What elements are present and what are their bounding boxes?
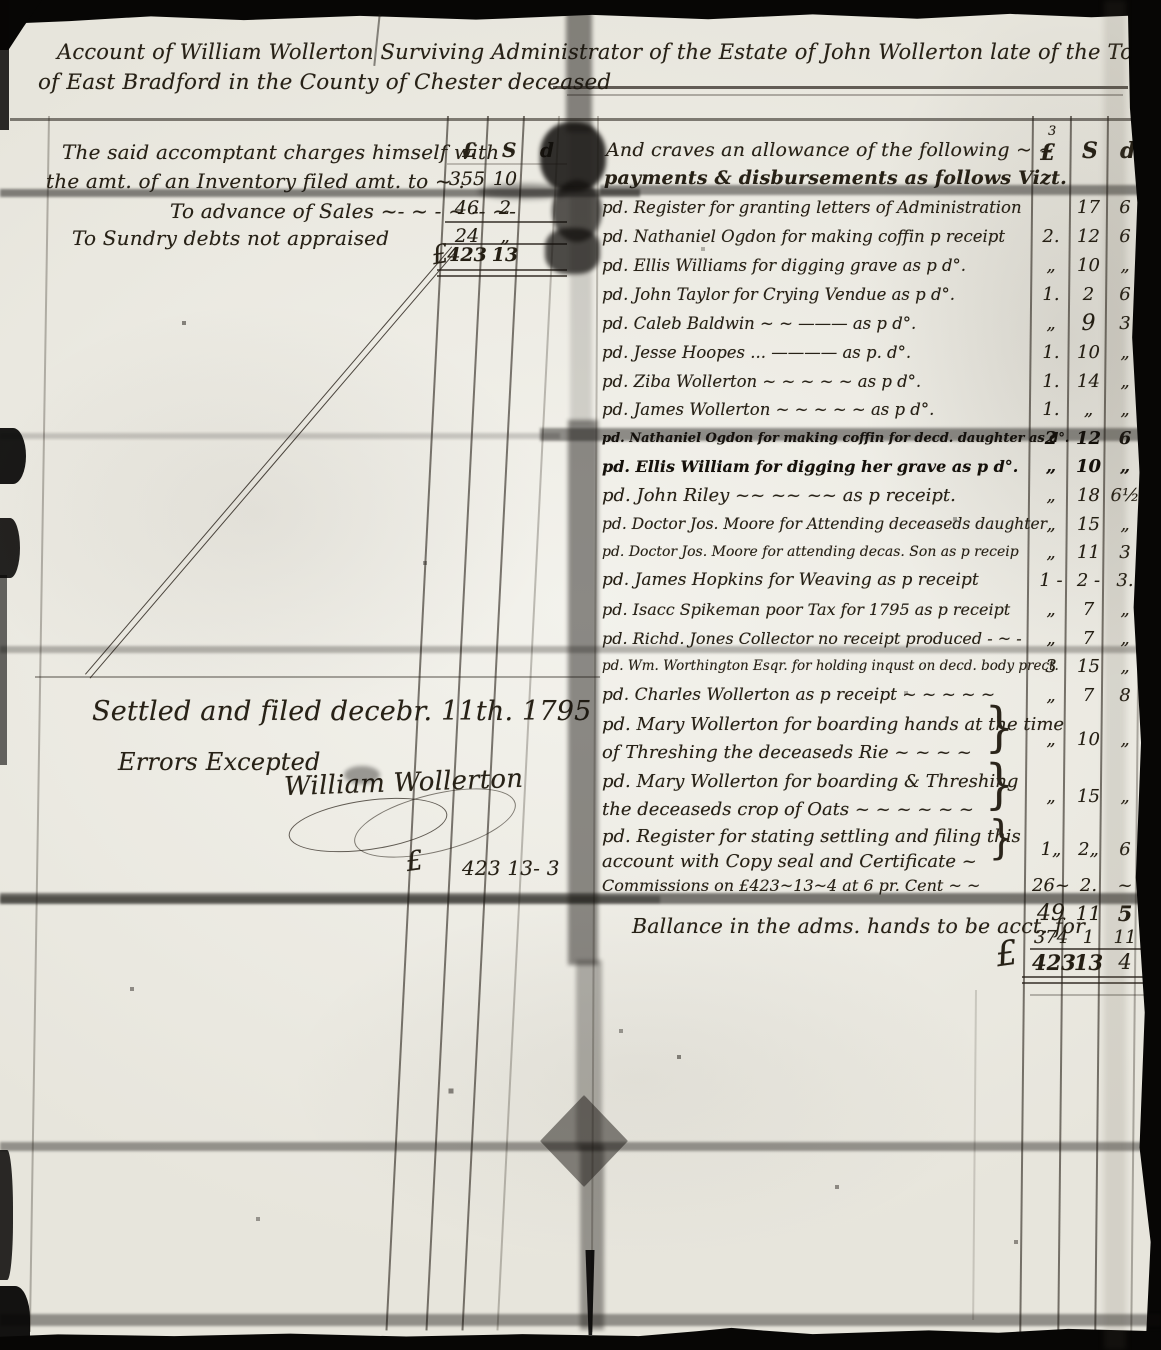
horizontal-crease <box>600 185 1161 195</box>
pounds-value: 3 <box>1032 656 1070 677</box>
entry-text: pd. James Wollerton ~ ~ ~ ~ ~ as p d°. <box>602 400 1032 419</box>
edge-shading <box>1104 0 1126 1350</box>
entry-text: Commissions on £423~13~4 at 6 pr. Cent ~… <box>602 876 1032 895</box>
charges-sundry-label: To Sundry debts not appraised <box>72 226 389 250</box>
allowance-row-14: pd. James Hopkins for Weaving as p recei… <box>602 566 1143 594</box>
settlement-total-amount: 423 13- 3 <box>462 856 560 880</box>
shillings-value: 15 <box>1070 656 1107 677</box>
totals-bottom-rule <box>1030 994 1161 996</box>
balance-label: Ballance in the adms. hands to be acct. … <box>632 914 1085 938</box>
shillings-value: 13 <box>1070 950 1107 975</box>
settled-line: Settled and filed decebr. 11th. 1795 <box>92 696 592 727</box>
pounds-value: 1. <box>1032 371 1070 392</box>
shillings-value: 1 <box>1070 927 1107 948</box>
entry-text: pd. Ellis William for digging her grave … <box>602 457 1032 476</box>
pounds-value: „ <box>1032 599 1070 620</box>
ink-spot <box>344 766 380 784</box>
grand-total-underline-1 <box>1022 976 1161 978</box>
charges-advance-amount: 46 2 <box>447 197 558 219</box>
entry-text-line2: account with Copy seal and Certificate ~ <box>602 851 977 872</box>
pounds-value: 2. <box>1032 226 1070 247</box>
pounds-value: 1. <box>1032 342 1070 363</box>
document-title-line2: of East Bradford in the County of Cheste… <box>38 70 611 95</box>
entry-text: pd. Richd. Jones Collector no receipt pr… <box>602 629 1032 648</box>
scan-edge-mark <box>0 0 9 130</box>
scan-border-shadow <box>0 1314 1161 1326</box>
horizontal-crease <box>0 646 1161 653</box>
shillings-value: 9 <box>1070 311 1107 336</box>
vertical-fold-crease <box>570 125 592 425</box>
entry-text: pd. Doctor Jos. Moore for attending deca… <box>602 544 1032 560</box>
allowance-row-11: pd. John Riley ~~ ~~ ~~ as p receipt. „ … <box>602 481 1143 509</box>
allowance-row-15: pd. Isacc Spikeman poor Tax for 1795 as … <box>602 595 1143 623</box>
allowance-row-5: pd. Caleb Baldwin ~ ~ ——— as p d°. „ 9 3 <box>602 309 1143 337</box>
scanned-estate-account-document: Account of William Wollerton Surviving A… <box>0 0 1161 1350</box>
vertical-fold-crease <box>568 420 598 965</box>
shillings-value: 10 <box>1070 729 1107 750</box>
pounds-value: 374 <box>1032 927 1070 948</box>
header-underline <box>553 86 1128 89</box>
charges-total-underline-1 <box>437 269 567 271</box>
allowance-row-2: pd. Nathaniel Ogdon for making coffin p … <box>602 222 1143 250</box>
shillings-value: 18 <box>1070 485 1107 506</box>
brace-glyph: } <box>985 768 1014 800</box>
entry-text-line2: the deceaseds crop of Oats ~ ~ ~ ~ ~ ~ <box>602 799 974 820</box>
pounds-value: „ <box>1032 485 1070 506</box>
grand-total-underline-2 <box>1022 982 1161 984</box>
allowance-row-8: pd. James Wollerton ~ ~ ~ ~ ~ as p d°. 1… <box>602 395 1143 423</box>
allowance-row-21: pd. Register for stating settling and fi… <box>602 824 1143 874</box>
entry-text: pd. Mary Wollerton for boarding hands at… <box>602 711 1032 767</box>
allowances-pounds-header: £ <box>1040 140 1056 166</box>
entry-text-line2: of Threshing the deceaseds Rie ~ ~ ~ ~ <box>602 742 972 763</box>
pounds-value: „ <box>1032 514 1070 535</box>
pounds-value: 423 <box>1032 950 1070 975</box>
vertical-fold-crease <box>566 0 592 132</box>
allowance-row-4: pd. John Taylor for Crying Vendue as p d… <box>602 280 1143 308</box>
shillings-value: „ <box>1070 399 1107 420</box>
pounds-value: „ <box>1032 255 1070 276</box>
horizontal-crease <box>0 1142 1161 1151</box>
entry-text: pd. Ziba Wollerton ~ ~ ~ ~ ~ as p d°. <box>602 372 1032 391</box>
allowance-row-12: pd. Doctor Jos. Moore for Attending dece… <box>602 510 1143 538</box>
entry-text: pd. Charles Wollerton as p receipt ~ ~ ~… <box>602 685 1032 705</box>
pounds-value: „ <box>1032 456 1070 477</box>
entry-text: pd. Register for stating settling and fi… <box>602 824 1032 874</box>
charges-close-rule <box>35 676 600 678</box>
allowance-row-1: pd. Register for granting letters of Adm… <box>602 193 1143 221</box>
pounds-value: 49 <box>1032 901 1070 926</box>
entry-text: pd. Doctor Jos. Moore for Attending dece… <box>602 515 1032 533</box>
scan-edge-mark <box>0 518 20 578</box>
scan-edge-mark <box>0 428 26 484</box>
entry-text: pd. Caleb Baldwin ~ ~ ——— as p d°. <box>602 314 1032 333</box>
allowance-row-10: pd. Ellis William for digging her grave … <box>602 452 1143 480</box>
pounds-value: 46 <box>447 197 487 219</box>
allowance-row-3: pd. Ellis Williams for digging grave as … <box>602 251 1143 279</box>
shillings-value: 2 - <box>1070 570 1107 591</box>
entry-text: pd. John Riley ~~ ~~ ~~ as p receipt. <box>602 485 1032 506</box>
horizontal-crease <box>0 189 640 197</box>
shillings-value: 13 <box>487 244 523 266</box>
pounds-value: „ <box>1032 542 1070 563</box>
entry-text: pd. James Hopkins for Weaving as p recei… <box>602 570 1032 590</box>
charges-total-amount: 423 13 <box>447 244 558 266</box>
shillings-value: 14 <box>1070 371 1107 392</box>
pounds-value: 1. <box>1032 399 1070 420</box>
grand-total-row: 423 13 4 <box>1032 950 1143 974</box>
shillings-value: 2 <box>1070 284 1107 305</box>
pounds-value: 1. <box>1032 284 1070 305</box>
charges-pounds-header: £ <box>462 138 476 162</box>
pounds-value: „ <box>1032 313 1070 334</box>
shillings-value: 10 <box>1070 342 1107 363</box>
charges-shillings-header: S <box>502 138 517 162</box>
entry-text: pd. Wm. Worthington Esqr. for holding in… <box>602 658 1032 674</box>
brace-glyph: } <box>989 824 1014 853</box>
pounds-value: 423 <box>447 244 487 266</box>
charges-intro-line1: The said accomptant charges himself with <box>62 140 499 164</box>
allowance-row-17: pd. Wm. Worthington Esqr. for holding in… <box>602 652 1143 680</box>
pounds-value: 355 <box>447 168 487 190</box>
pounds-value: 1 - <box>1032 570 1070 591</box>
brace-glyph: } <box>985 711 1014 743</box>
shillings-value: 7 <box>1070 599 1107 620</box>
paper-speckles <box>0 0 2 2</box>
document-title-line1: Account of William Wollerton Surviving A… <box>57 40 1161 64</box>
entry-text: pd. Mary Wollerton for boarding & Thresh… <box>602 768 1032 824</box>
horizontal-crease <box>0 433 560 439</box>
pounds-value: 1„ <box>1032 839 1070 860</box>
entry-text: pd. Ellis Williams for digging grave as … <box>602 256 1032 275</box>
allowance-row-7: pd. Ziba Wollerton ~ ~ ~ ~ ~ as p d°. 1.… <box>602 367 1143 395</box>
allowance-row-18: pd. Charles Wollerton as p receipt ~ ~ ~… <box>602 681 1143 709</box>
allowances-header-flourish: 3 <box>1048 124 1056 139</box>
horizontal-crease <box>540 428 1161 441</box>
scan-edge-mark <box>0 575 7 765</box>
shillings-value: 12 <box>1070 226 1107 247</box>
entry-text: pd. Jesse Hoopes ... ———— as p. d°. <box>602 343 1032 362</box>
allowance-row-13: pd. Doctor Jos. Moore for attending deca… <box>602 538 1143 566</box>
entry-text-line1: pd. Register for stating settling and fi… <box>602 826 1021 847</box>
charges-total-underline-2 <box>437 275 567 277</box>
header-underline-2 <box>567 94 1123 96</box>
grand-total-currency: £ <box>993 933 1020 976</box>
shillings-value: 11 <box>1070 542 1107 563</box>
shillings-value: 2„ <box>1070 839 1107 860</box>
horizontal-crease <box>0 896 660 903</box>
shillings-value: 15 <box>1070 786 1107 807</box>
shillings-value: 10 <box>1070 255 1107 276</box>
diagonal-closeout-line <box>85 247 457 679</box>
allowance-row-19: pd. Mary Wollerton for boarding hands at… <box>602 710 1143 768</box>
entry-text-line1: pd. Mary Wollerton for boarding & Thresh… <box>602 771 1018 792</box>
allowance-row-20: pd. Mary Wollerton for boarding & Thresh… <box>602 768 1143 824</box>
faint-bottom-rule <box>972 990 977 1320</box>
allowances-shillings-header: S <box>1082 138 1098 164</box>
entry-text: pd. Nathaniel Ogdon for making coffin p … <box>602 227 1032 246</box>
pounds-value: „ <box>1032 786 1070 807</box>
entry-text: pd. John Taylor for Crying Vendue as p d… <box>602 285 1032 304</box>
shillings-value: 2 <box>487 197 523 219</box>
allowances-intro-line1: And craves an allowance of the following… <box>606 139 1054 161</box>
scan-edge-mark <box>0 1286 30 1350</box>
shillings-value: 17 <box>1070 197 1107 218</box>
scan-edge-mark <box>0 1150 13 1280</box>
fold-intersection-diamond <box>540 1095 628 1187</box>
entry-text: pd. Isacc Spikeman poor Tax for 1795 as … <box>602 600 1032 619</box>
balance-amount-row: 374 1 11 <box>1032 926 1143 948</box>
allowance-row-6: pd. Jesse Hoopes ... ———— as p. d°. 1. 1… <box>602 338 1143 366</box>
entry-text: pd. Register for granting letters of Adm… <box>602 198 1032 217</box>
shillings-value: 15 <box>1070 514 1107 535</box>
shillings-value: 7 <box>1070 685 1107 706</box>
pounds-value: „ <box>1032 685 1070 706</box>
shillings-value: 10 <box>1070 456 1107 477</box>
shillings-value: 11 <box>1070 901 1107 925</box>
